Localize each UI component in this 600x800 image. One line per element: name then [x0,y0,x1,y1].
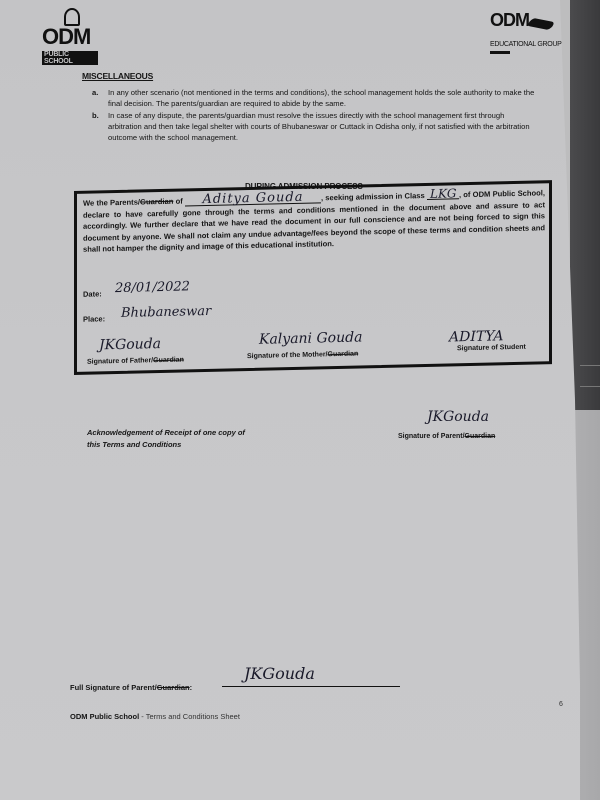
declaration-text: We the Parents/Guardian of Aditya Gouda,… [83,186,545,255]
list-item-text: In case of any dispute, the parents/guar… [108,110,537,144]
father-signature: JKGouda [99,336,161,353]
miscellaneous-heading: MISCELLANEOUS [82,71,153,81]
full-signature-line [222,686,400,687]
guardian-struck: Guardian [140,197,173,207]
list-item: b. In case of any dispute, the parents/g… [92,110,537,144]
acknowledgement-signature-label: Signature of Parent/Guardian [398,433,495,440]
document-page: ODM PUBLIC SCHOOL ODM EDUCATIONAL GROUP … [0,0,580,800]
mother-signature-label: Signature of the Mother/Guardian [247,351,358,361]
page-number: 6 [559,701,563,708]
acknowledgement-signature: JKGouda [427,409,489,425]
admission-declaration-box: We the Parents/Guardian of Aditya Gouda,… [74,180,552,375]
date-label: Date: [83,289,102,298]
full-signature-label: Full Signature of Parent/Guardian: [70,683,192,692]
footer-title: - Terms and Conditions Sheet [139,712,240,721]
group-logo-name: ODM [490,10,529,31]
date-value: 28/01/2022 [115,279,190,296]
school-logo-name: ODM [42,26,90,48]
place-label: Place: [83,314,105,324]
logo-bar [490,51,510,54]
full-signature-value: JKGouda [244,664,315,683]
footer-school: ODM Public School [70,712,139,721]
place-value: Bhubaneswar [121,304,211,321]
page-footer: ODM Public School - Terms and Conditions… [70,712,240,721]
miscellaneous-list: a. In any other scenario (not mentioned … [92,87,537,143]
group-logo-subtitle: EDUCATIONAL GROUP [490,41,562,48]
acknowledgement-text: Acknowledgement of Receipt of one copy o… [87,427,257,451]
declaration-prefix: We the Parents/ [83,198,140,208]
group-logo: ODM EDUCATIONAL GROUP [490,10,560,60]
airplane-icon [527,18,556,30]
background-paper-edge [580,365,600,387]
background-surface-dark [570,0,600,410]
list-marker: a. [92,87,98,98]
father-signature-label: Signature of Father/Guardian [87,357,184,366]
declaration-mid: , seeking admission in Class [321,191,427,202]
list-item: a. In any other scenario (not mentioned … [92,87,537,110]
declaration-of: of [173,196,185,205]
list-item-text: In any other scenario (not mentioned in … [108,87,537,110]
student-signature-label: Signature of Student [457,344,526,353]
child-name-field: Aditya Gouda [185,192,321,206]
mother-signature: Kalyani Gouda [259,329,362,347]
school-logo: ODM PUBLIC SCHOOL [42,8,98,62]
class-field: LKG [427,188,459,200]
list-marker: b. [92,110,99,121]
student-signature: ADITYA [449,328,503,345]
school-logo-subtitle: PUBLIC SCHOOL [42,51,98,65]
